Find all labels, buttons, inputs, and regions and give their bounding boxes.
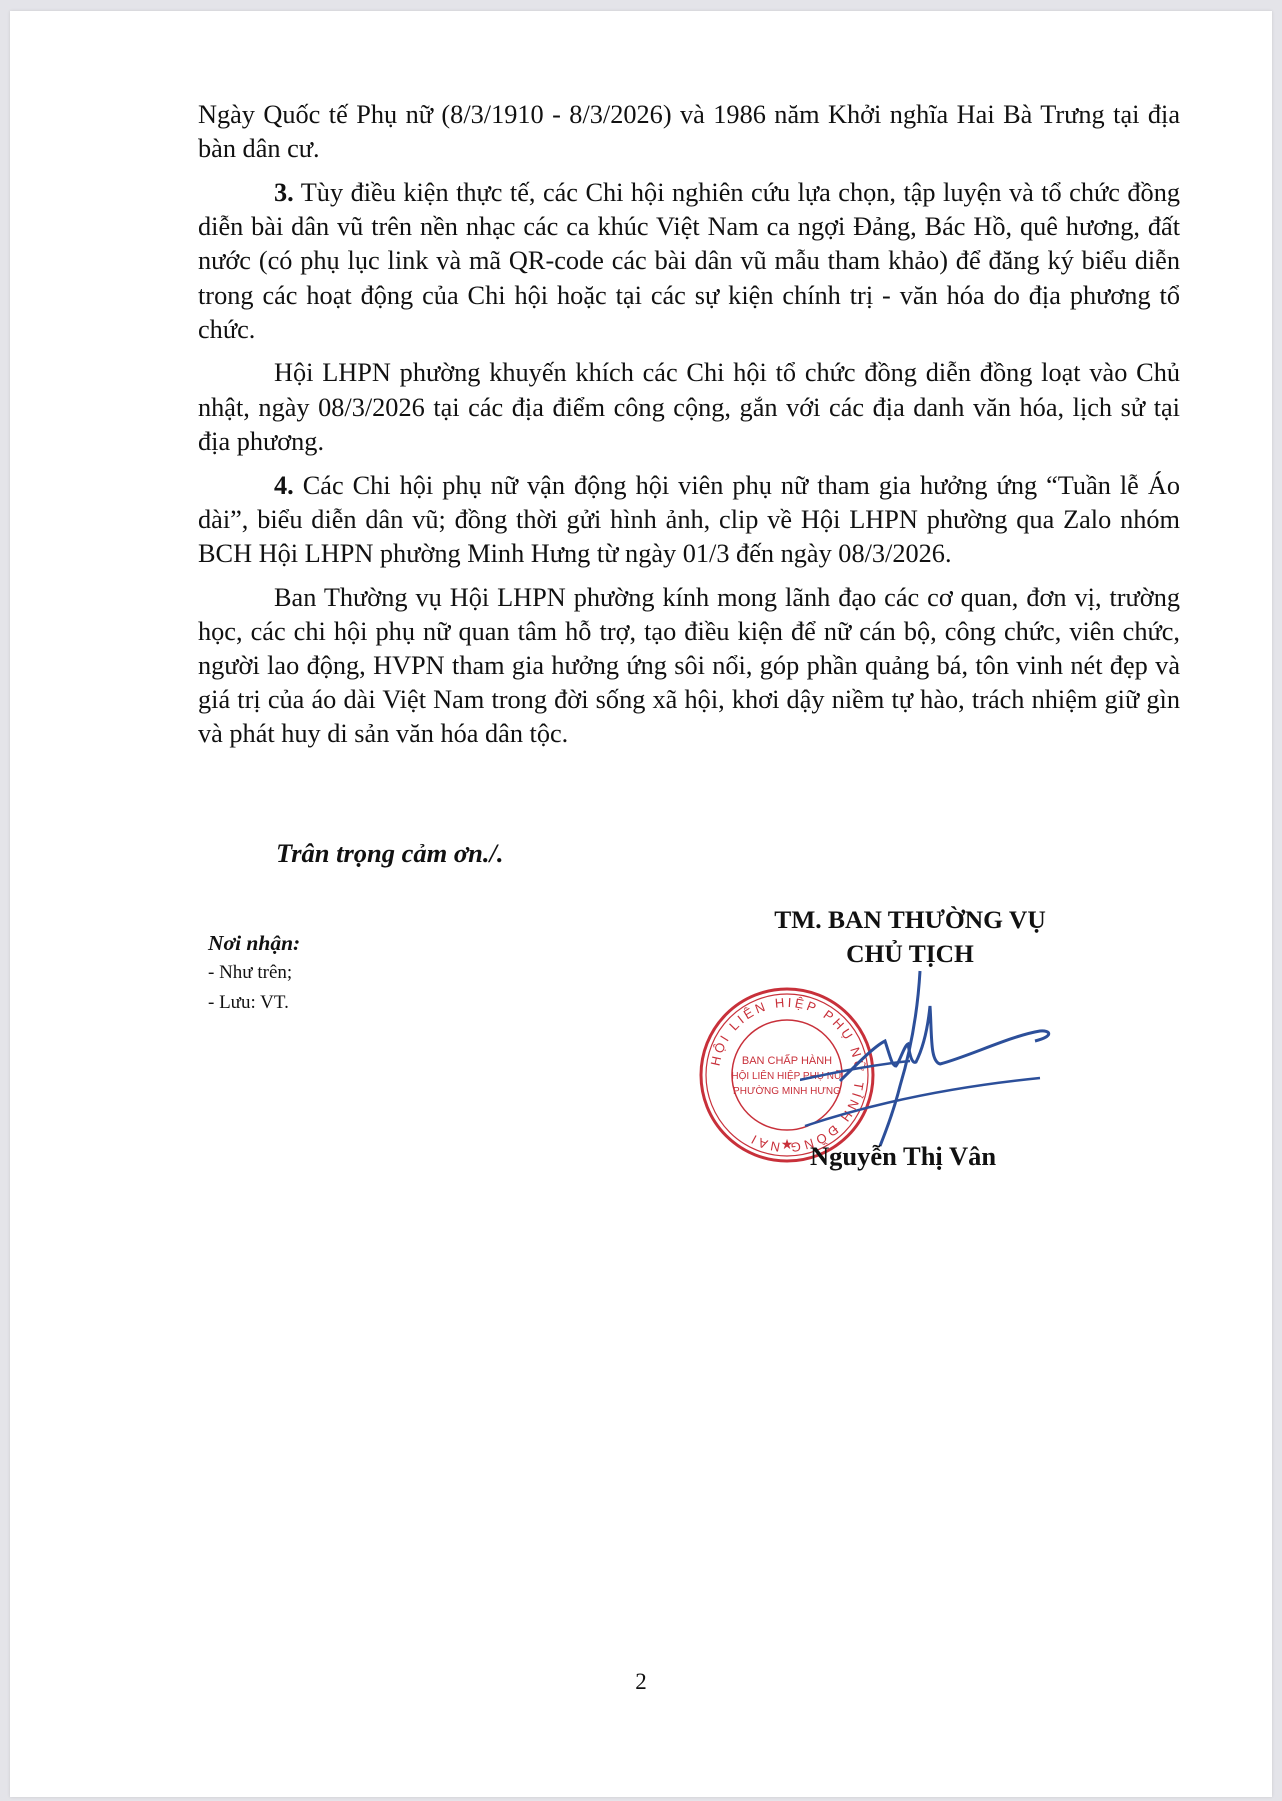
signature-block: TM. BAN THƯỜNG VỤ CHỦ TỊCH [710,903,1110,971]
paragraph-continuation: Ngày Quốc tế Phụ nữ (8/3/1910 - 8/3/2026… [198,98,1180,166]
item-number: 4. [274,471,294,500]
page-number: 2 [10,1669,1272,1695]
paragraph-request: Ban Thường vụ Hội LHPN phường kính mong … [198,581,1180,752]
paragraph-text: Hội LHPN phường khuyến khích các Chi hội… [198,358,1180,455]
closing-line: Trân trọng cảm ơn./. [276,838,504,869]
paragraph-text: Các Chi hội phụ nữ vận động hội viên phụ… [198,471,1180,568]
paragraph-encouragement: Hội LHPN phường khuyến khích các Chi hội… [198,356,1180,459]
paragraph-item-3: 3. Tùy điều kiện thực tế, các Chi hội ng… [198,176,1180,347]
recipient-item: - Lưu: VT. [208,988,300,1018]
paragraph-item-4: 4. Các Chi hội phụ nữ vận động hội viên … [198,469,1180,572]
paragraph-text: Tùy điều kiện thực tế, các Chi hội nghiê… [198,178,1180,344]
signature-title: TM. BAN THƯỜNG VỤ [710,903,1110,937]
signer-name: Nguyễn Thị Vân [810,1141,996,1172]
recipients-title: Nơi nhận: [208,928,300,958]
svg-text:★: ★ [781,1138,794,1153]
paragraph-text: Ban Thường vụ Hội LHPN phường kính mong … [198,583,1180,749]
handwritten-signature-icon [800,966,1100,1156]
recipients-block: Nơi nhận: - Như trên; - Lưu: VT. [208,928,300,1018]
paragraph-text: Ngày Quốc tế Phụ nữ (8/3/1910 - 8/3/2026… [198,100,1180,163]
document-page: Ngày Quốc tế Phụ nữ (8/3/1910 - 8/3/2026… [10,11,1272,1797]
item-number: 3. [274,178,294,207]
recipient-item: - Như trên; [208,958,300,988]
document-body: Ngày Quốc tế Phụ nữ (8/3/1910 - 8/3/2026… [198,98,1180,761]
